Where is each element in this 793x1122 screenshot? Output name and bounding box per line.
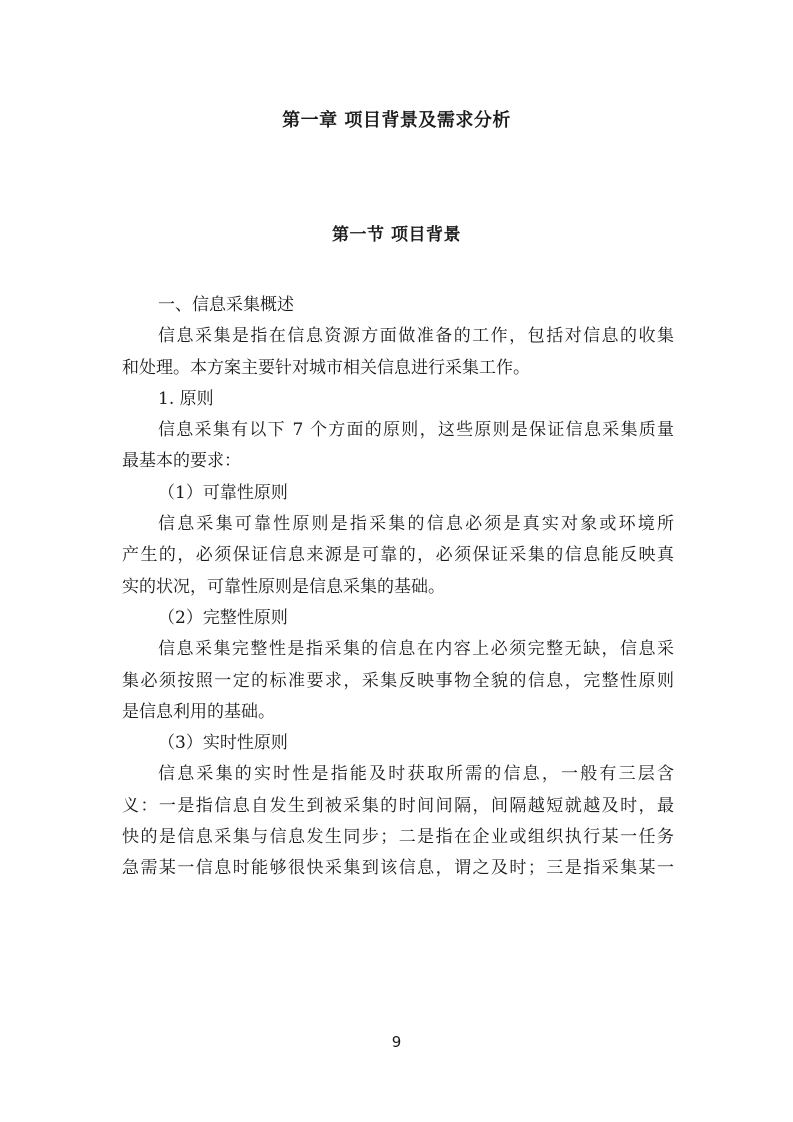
page-number: 9: [0, 1033, 793, 1051]
paragraph-line: 信息采集是指在信息资源方面做准备的工作，包括对信息的收集: [122, 321, 674, 352]
section-title: 第一节 项目背景: [0, 220, 793, 245]
paragraph-line: 实的状况，可靠性原则是信息采集的基础。: [122, 572, 674, 603]
paragraph-line: 是信息利用的基础。: [122, 697, 674, 728]
paragraph-line: 义：一是指信息自发生到被采集的时间间隔，间隔越短就越及时，最: [122, 791, 674, 822]
paragraph-line: 信息采集的实时性是指能及时获取所需的信息，一般有三层含: [122, 759, 674, 790]
paragraph-line: 信息采集有以下 7 个方面的原则，这些原则是保证信息采集质量: [122, 415, 674, 446]
paragraph-line: 急需某一信息时能够很快采集到该信息，谓之及时；三是指采集某一: [122, 853, 674, 884]
subheading-completeness: （2）完整性原则: [122, 603, 674, 634]
paragraph-line: 信息采集可靠性原则是指采集的信息必须是真实对象或环境所: [122, 509, 674, 540]
paragraph-line: 和处理。本方案主要针对城市相关信息进行采集工作。: [122, 353, 674, 384]
paragraph-line: 产生的，必须保证信息来源是可靠的，必须保证采集的信息能反映真: [122, 540, 674, 571]
subheading-principles: 1. 原则: [122, 384, 674, 415]
document-body: 一、信息采集概述 信息采集是指在信息资源方面做准备的工作，包括对信息的收集 和处…: [122, 290, 674, 885]
chapter-title: 第一章 项目背景及需求分析: [0, 106, 793, 132]
paragraph-line: 集必须按照一定的标准要求，采集反映事物全貌的信息，完整性原则: [122, 666, 674, 697]
paragraph-line: 信息采集完整性是指采集的信息在内容上必须完整无缺，信息采: [122, 634, 674, 665]
paragraph-line: 最基本的要求：: [122, 446, 674, 477]
document-page: 第一章 项目背景及需求分析 第一节 项目背景 一、信息采集概述 信息采集是指在信…: [0, 0, 793, 1122]
subheading-overview: 一、信息采集概述: [122, 290, 674, 321]
subheading-reliability: （1）可靠性原则: [122, 478, 674, 509]
paragraph-line: 快的是信息采集与信息发生同步；二是指在企业或组织执行某一任务: [122, 822, 674, 853]
subheading-timeliness: （3）实时性原则: [122, 728, 674, 759]
